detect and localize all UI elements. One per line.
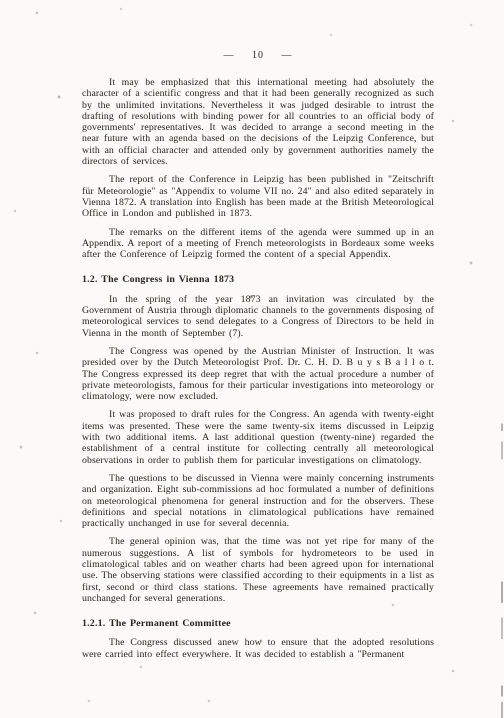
paragraph-vienna-5: The general opinion was, that the time w… [82, 536, 434, 604]
section-heading-permanent-committee: 1.2.1. The Permanent Committee [82, 618, 434, 629]
scan-noise-specks [0, 0, 2, 2]
scan-edge-artifacts [501, 0, 503, 718]
paragraph-vienna-3: It was proposed to draft rules for the C… [82, 409, 434, 465]
paragraph-intro-3: The remarks on the different items of th… [82, 227, 434, 261]
paragraph-vienna-1: In the spring of the year 1873 an invita… [82, 294, 434, 339]
paragraph-vienna-4: The questions to be discussed in Vienna … [82, 473, 434, 529]
paragraph-committee-1: The Congress discussed anew how to ensur… [82, 637, 434, 660]
paragraph-intro-1: It may be emphasized that this internati… [82, 77, 434, 167]
page-number: — 10 — [82, 50, 434, 62]
paragraph-vienna-2: The Congress was opened by the Austrian … [82, 346, 434, 402]
paragraph-intro-2: The report of the Conference in Leipzig … [82, 174, 434, 219]
scanned-document-page: — 10 — It may be emphasized that this in… [0, 0, 504, 718]
section-heading-congress-vienna-1873: 1.2. The Congress in Vienna 1873 [82, 274, 434, 285]
